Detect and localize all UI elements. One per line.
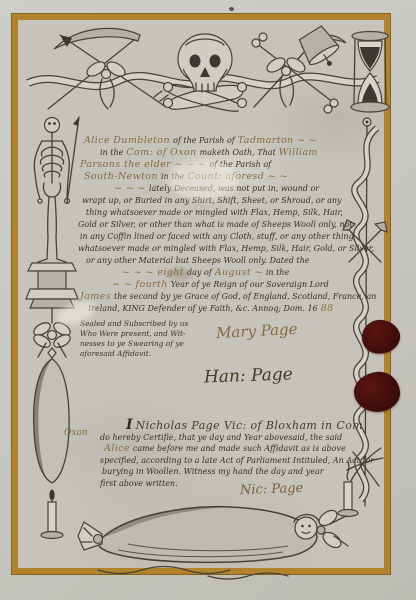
affidavit-line: in theCom: of Oxonmaketh Oath, ThatWilli… bbox=[78, 144, 346, 156]
right-margin-illustrations bbox=[347, 114, 383, 514]
handwritten-text: 88 bbox=[321, 303, 334, 314]
certificate-line: Alicecame before me and made such Affida… bbox=[100, 440, 350, 452]
vicar-certificate-block: INicholas Page Vic: of Bloxham in Comdo … bbox=[100, 417, 350, 486]
printed-text: first above written. bbox=[100, 479, 178, 488]
certificate-line: specified, according to a late Act of Pa… bbox=[100, 452, 350, 464]
left-margin-illustrations bbox=[22, 111, 84, 551]
shroud-bow-right bbox=[316, 507, 348, 550]
witness-attestation-line: aforesaid Affidavit. bbox=[80, 349, 198, 359]
framed-affidavit-photo: Alice Dumbletonof the Parish ofTadmarton… bbox=[0, 0, 416, 600]
ink-smudge bbox=[166, 268, 192, 280]
certificate-line: first above written. bbox=[100, 475, 350, 487]
affidavit-line: or any other Material but Sheeps Wooll o… bbox=[78, 252, 346, 264]
certificate-line: burying in Woollen. Witness my hand the … bbox=[100, 463, 350, 475]
printed-text: Ireland, KING Defender of ye Faith, &c. … bbox=[88, 304, 318, 313]
affidavit-line: Ireland, KING Defender of ye Faith, &c. … bbox=[78, 300, 346, 312]
affidavit-line: Alice Dumbletonof the Parish ofTadmarton… bbox=[78, 132, 346, 144]
affidavit-line: ~ ~ fourthYear of ye Reign of our Sovera… bbox=[78, 276, 346, 288]
faded-patch bbox=[168, 160, 238, 200]
affidavit-line: ~ ~ ~ eightday ofAugust ~in the bbox=[78, 264, 346, 276]
margin-note-county: Oxon bbox=[64, 428, 88, 438]
witness-attestation-line: nesses to ye Swearing of ye bbox=[80, 339, 198, 349]
parchment: Alice Dumbletonof the Parish ofTadmarton… bbox=[18, 20, 384, 568]
skull-crossbones-icon bbox=[164, 34, 247, 111]
affidavit-line: Gold or Silver, or other than what is ma… bbox=[78, 216, 346, 228]
witness-attestation-block: Sealed and Subscribed by usWho Were pres… bbox=[80, 319, 198, 359]
corpse-in-woollen-shroud bbox=[58, 494, 368, 582]
skeleton-with-dart bbox=[34, 117, 79, 262]
gilt-frame-border: Alice Dumbletonof the Parish ofTadmarton… bbox=[12, 14, 390, 574]
certificate-line: INicholas Page Vic: of Bloxham in Com bbox=[100, 417, 350, 429]
witness-attestation-line: Who Were present, and Wit- bbox=[80, 329, 198, 339]
affidavit-text-block: Alice Dumbletonof the Parish ofTadmarton… bbox=[78, 132, 346, 312]
affidavit-line: whatsoever made or mingled with Flax, He… bbox=[78, 240, 346, 252]
dust-speck bbox=[229, 7, 234, 11]
affidavit-line: Jamesthe second by ye Grace of God, of E… bbox=[78, 288, 346, 300]
vicar-signature-nic-page: Nic: Page bbox=[240, 481, 304, 498]
affidavit-line: in any Coffin lined or faced with any Cl… bbox=[78, 228, 346, 240]
witness-signature-han-page: Han: Page bbox=[204, 364, 293, 387]
hanging-shroud bbox=[34, 348, 69, 483]
memento-mori-frieze bbox=[18, 20, 392, 118]
witness-attestation-line: Sealed and Subscribed by us bbox=[80, 319, 198, 329]
handwritten-text: William bbox=[279, 147, 318, 158]
certificate-line: do hereby Certifie, that ye day and Year… bbox=[100, 429, 350, 441]
affidavit-line: thing whatsoever made or mingled with Fl… bbox=[78, 204, 346, 216]
hourglass-icon bbox=[351, 32, 389, 113]
ribbon-wrapped-staff bbox=[354, 118, 377, 506]
witness-signature-mary-page: Mary Page bbox=[216, 320, 298, 342]
